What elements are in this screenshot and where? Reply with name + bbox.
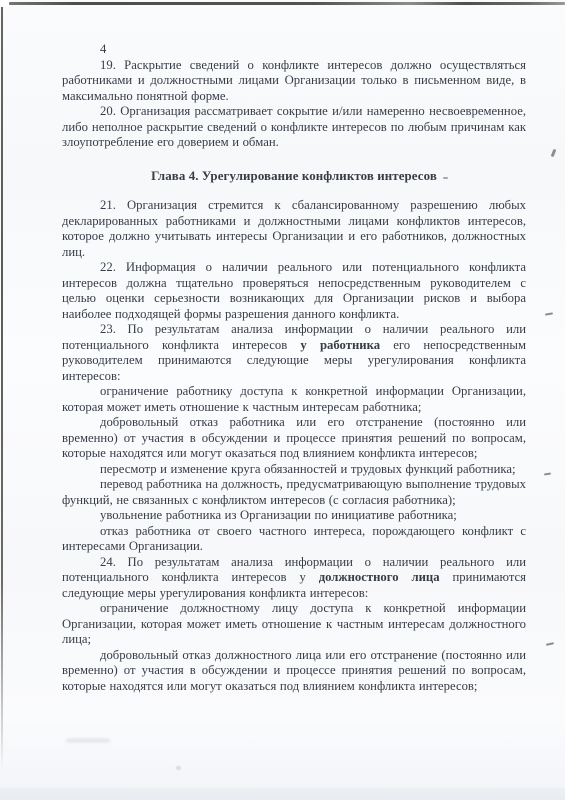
paragraph-20: 20. Организация рассматривает сокрытие и…: [62, 104, 526, 151]
measure-employee-4: перевод работника на должность, предусма…: [62, 477, 526, 508]
scan-left-edge-line: [1, 7, 3, 771]
emphasis-official: должностного лица: [319, 570, 440, 584]
measure-employee-1: ограничение работнику доступа к конкретн…: [62, 384, 526, 415]
measure-employee-6: отказ работника от своего частного интер…: [62, 524, 526, 555]
paragraph-23: 23. По результатам анализа информации о …: [62, 322, 526, 384]
scan-top-edge-line: [9, 2, 565, 5]
paragraph-24: 24. По результатам анализа информации о …: [62, 555, 526, 602]
page-number: 4: [62, 42, 526, 58]
measure-official-2: добровольный отказ должностного лица или…: [62, 648, 526, 695]
scan-bottom-shadow: [0, 788, 565, 800]
emphasis-employee: у работника: [300, 338, 380, 352]
paragraph-21: 21. Организация стремится к сбалансирова…: [62, 198, 526, 260]
margin-pen-mark: [545, 312, 553, 315]
document-text-block: 4 19. Раскрытие сведений о конфликте инт…: [62, 42, 526, 694]
margin-pen-mark: [546, 642, 554, 646]
margin-pen-mark: [551, 149, 557, 158]
measure-employee-5: увольнение работника из Организации по и…: [62, 508, 526, 524]
scanned-document-page: 4 19. Раскрытие сведений о конфликте инт…: [0, 0, 565, 800]
measure-official-1: ограничение должностному лицу доступа к …: [62, 601, 526, 648]
measure-employee-3: пересмотр и изменение круга обязанностей…: [62, 462, 526, 478]
scan-top-left-corner: [0, 0, 9, 7]
paragraph-19: 19. Раскрытие сведений о конфликте интер…: [62, 58, 526, 105]
scan-smudge: [176, 766, 181, 770]
scan-smudge: [66, 738, 110, 743]
paragraph-22: 22. Информация о наличии реального или п…: [62, 260, 526, 322]
margin-pen-mark: [544, 473, 551, 476]
measure-employee-2: добровольный отказ работника или его отс…: [62, 415, 526, 462]
chapter-4-heading: Глава 4. Урегулирование конфликтов интер…: [62, 169, 526, 185]
